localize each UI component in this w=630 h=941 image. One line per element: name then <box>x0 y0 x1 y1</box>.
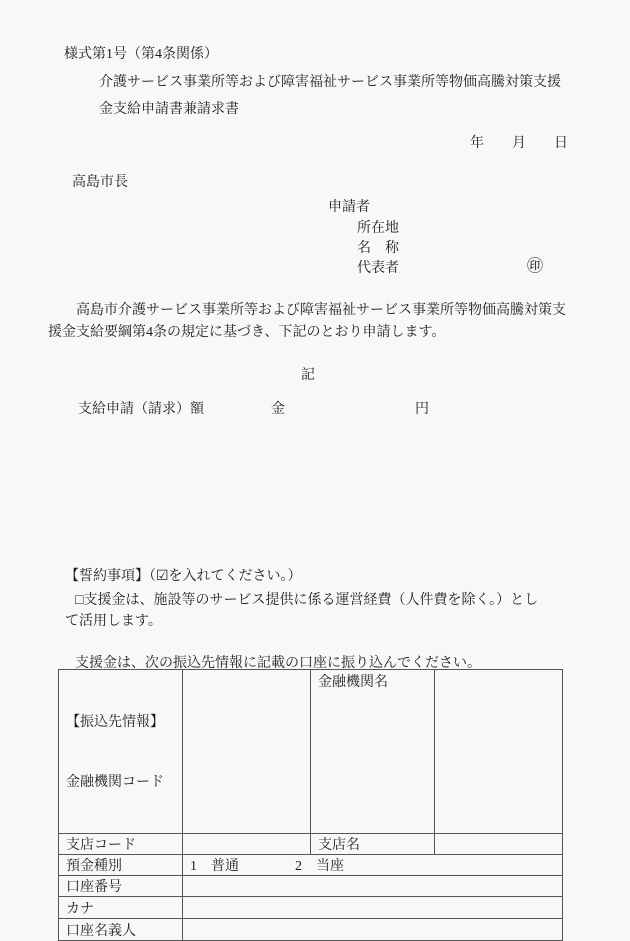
bank-name-value-cell <box>435 670 563 834</box>
document-title-line-1: 介護サービス事業所等および障害福祉サービス事業所等物価高騰対策支援 <box>99 74 561 91</box>
bank-header-row: 【振込先情報】 金融機関コード 金融機関名 <box>59 670 563 834</box>
bank-code-value-cell <box>183 670 311 834</box>
branch-name-label-cell: 支店名 <box>311 834 435 855</box>
pledge-item-text: 支援金は、施設等のサービス提供に係る運営経費（人件費を除く。）として活用します。 <box>65 593 538 629</box>
kana-row: カナ <box>59 897 563 904</box>
bank-code-label: 金融機関コード <box>66 773 175 793</box>
kana-value-cell <box>183 897 563 904</box>
record-marker: 記 <box>48 367 568 384</box>
transfer-info-header-cell: 【振込先情報】 金融機関コード <box>59 670 183 834</box>
date-placeholder-line: 年 月 日 <box>470 135 568 152</box>
branch-name-value-cell <box>435 834 563 855</box>
pledge-heading: 【誓約事項】（☑を入れてください。） <box>65 568 302 585</box>
bank-name-label-cell: 金融機関名 <box>311 670 435 834</box>
amount-unit-suffix: 円 <box>415 401 429 418</box>
amount-currency-prefix: 金 <box>271 401 285 418</box>
form-number-label: 様式第1号（第4条関係） <box>64 46 218 63</box>
account-type-options-cell: 1 普通 2 当座 <box>183 855 563 876</box>
document-title-line-2: 金支給申請書兼請求書 <box>99 101 239 118</box>
account-type-row: 預金種別 1 普通 2 当座 <box>59 855 563 876</box>
addressee-name: 高島市長 <box>72 174 128 191</box>
bank-transfer-table: 【振込先情報】 金融機関コード 金融機関名 支店コード 支店名 預金種別 1 普… <box>58 669 563 903</box>
document-page: 様式第1号（第4条関係） 介護サービス事業所等および障害福祉サービス事業所等物価… <box>0 0 630 903</box>
branch-row: 支店コード 支店名 <box>59 834 563 855</box>
applicant-label: 申請者 <box>328 199 370 216</box>
account-type-label-cell: 預金種別 <box>59 855 183 876</box>
account-number-value-cell <box>183 876 563 897</box>
transfer-info-label: 【振込先情報】 <box>66 713 175 733</box>
address-field-label: 所在地 <box>357 220 399 237</box>
account-number-row: 口座番号 <box>59 876 563 897</box>
name-field-label: 名 称 <box>357 240 399 257</box>
application-statement: 高島市介護サービス事業所等および障害福祉サービス事業所等物価高騰対策支援金支給要… <box>48 300 568 344</box>
pledge-item: □支援金は、施設等のサービス提供に係る運営経費（人件費を除く。）として活用します… <box>65 590 547 632</box>
representative-field-label: 代表者 <box>357 260 399 277</box>
kana-label-cell: カナ <box>59 897 183 904</box>
seal-stamp-mark: ㊞ <box>527 258 543 275</box>
branch-code-value-cell <box>183 834 311 855</box>
branch-code-label-cell: 支店コード <box>59 834 183 855</box>
account-number-label-cell: 口座番号 <box>59 876 183 897</box>
amount-label: 支給申請（請求）額 <box>78 401 204 418</box>
